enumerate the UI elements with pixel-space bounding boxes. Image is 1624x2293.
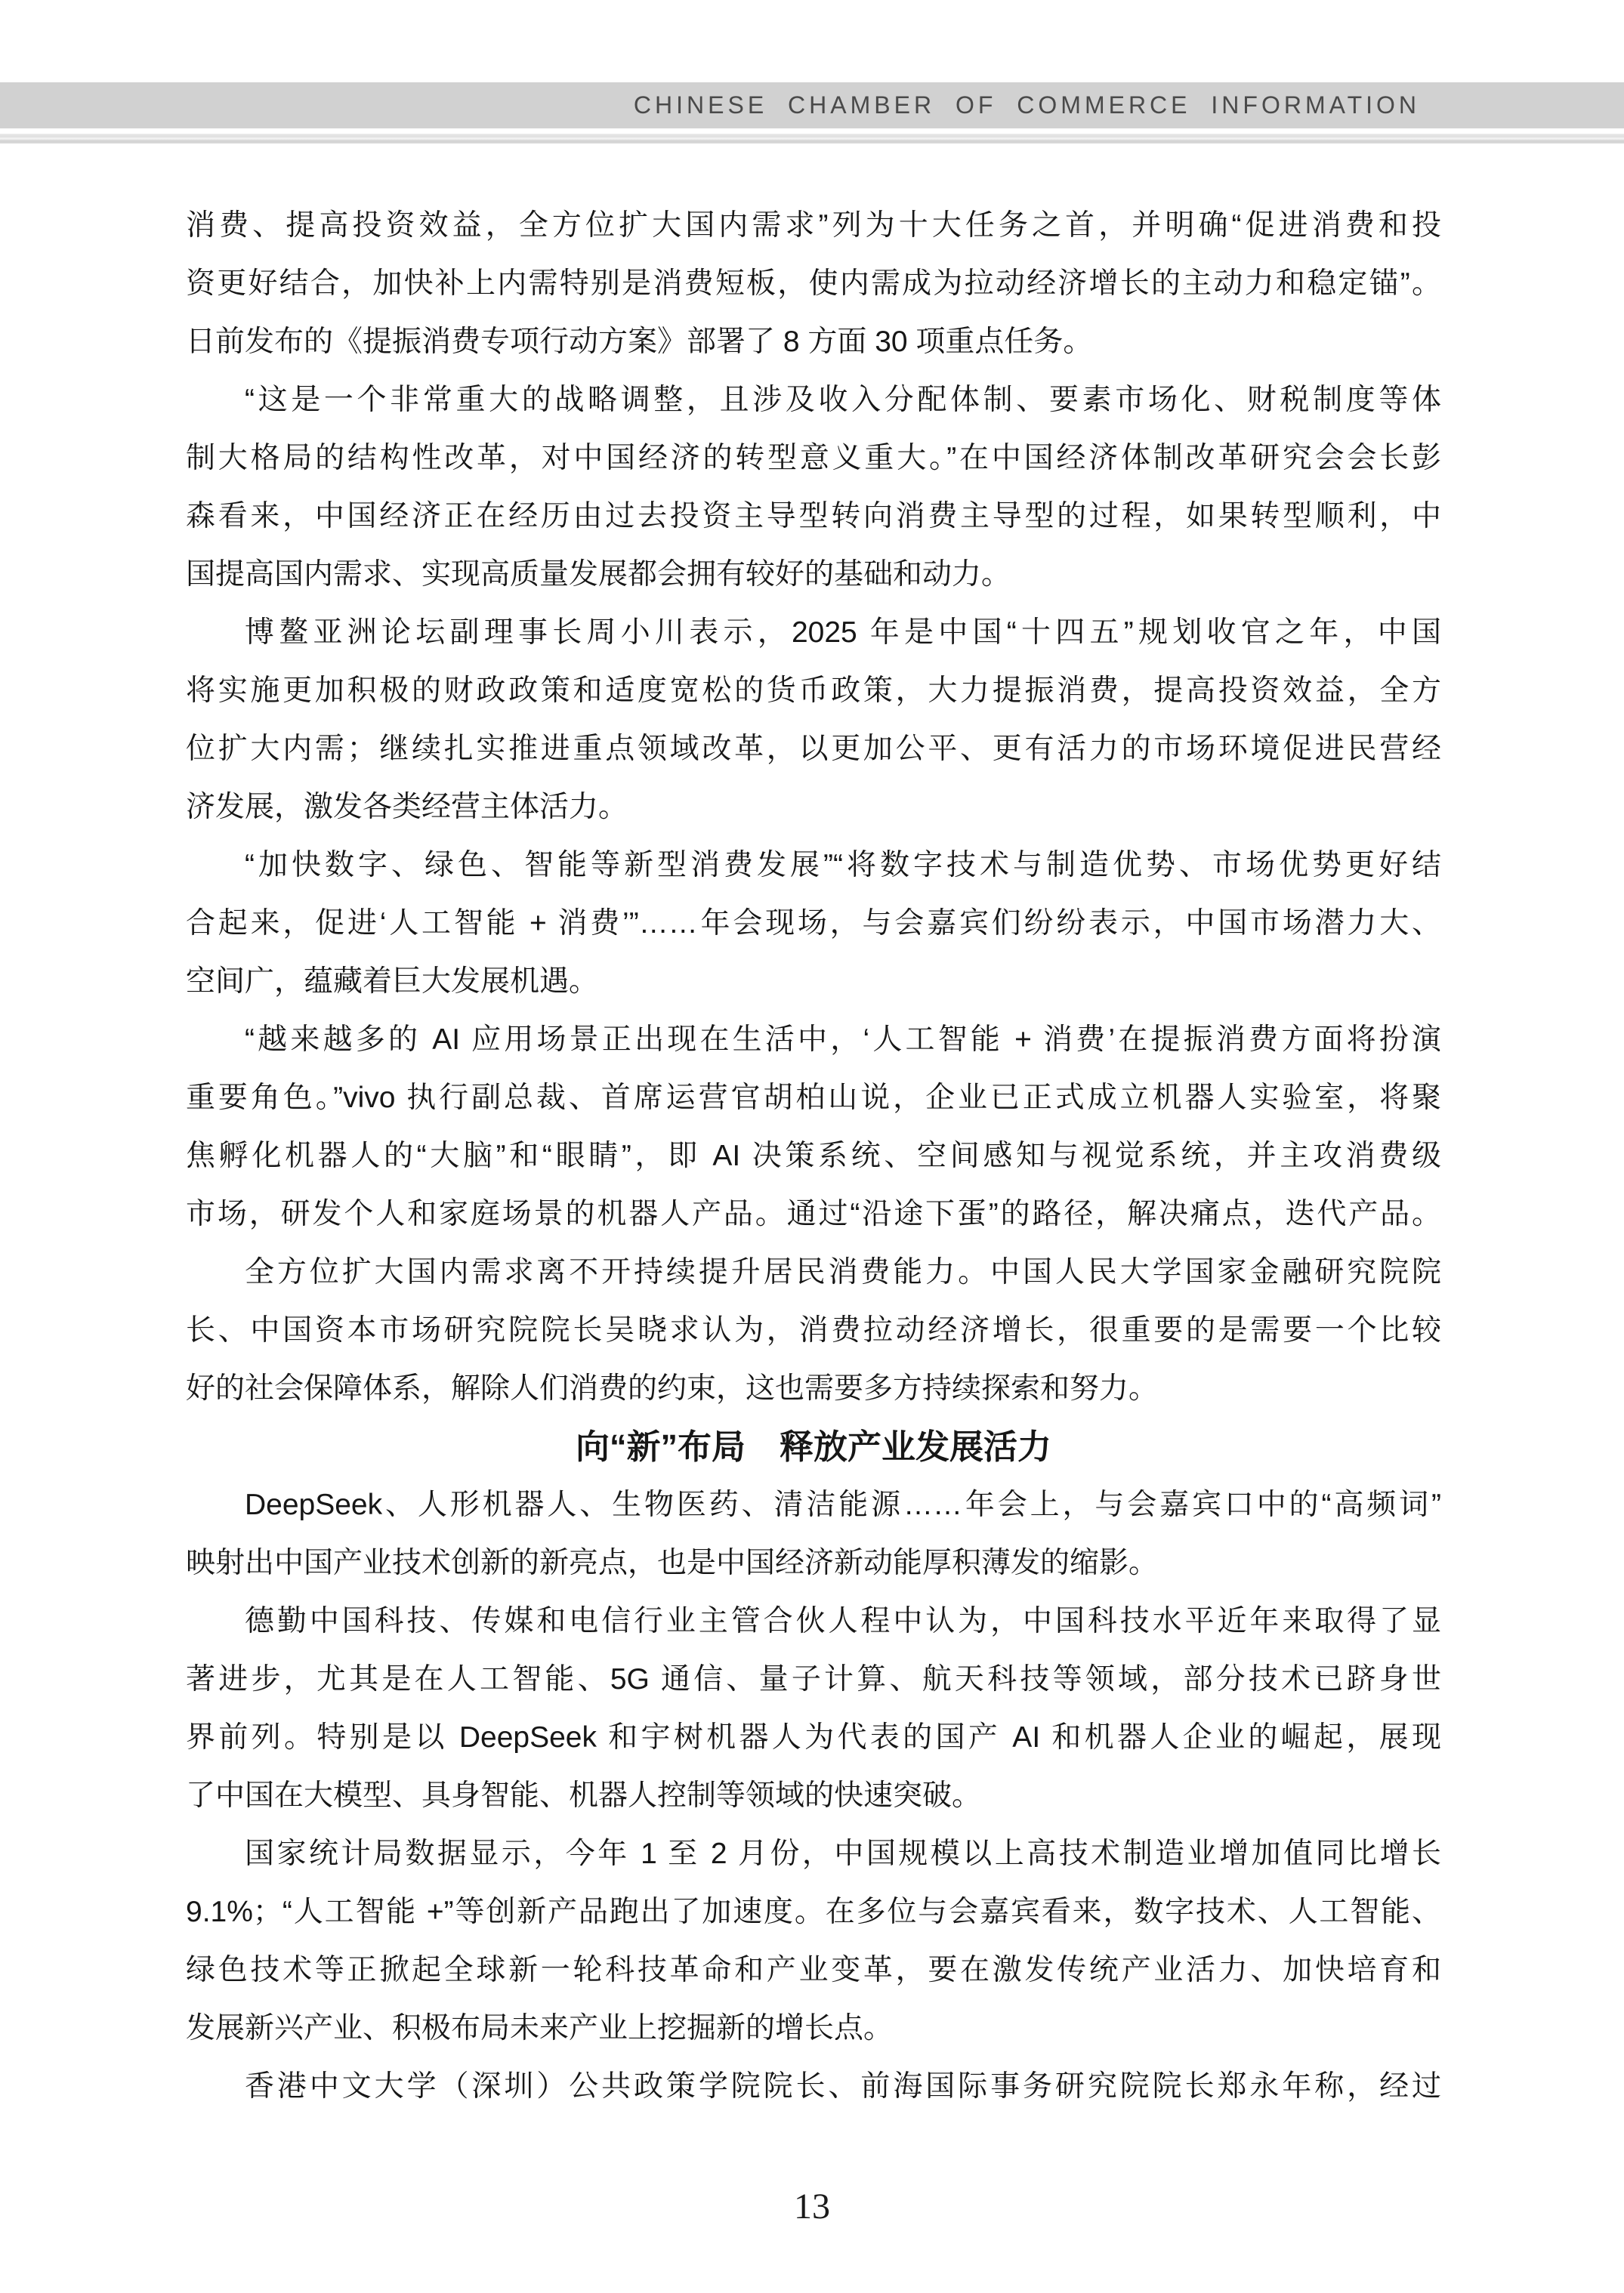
body-text-line: 制大格局的结构性改革，对中国经济的转型意义重大。”在中国经济体制改革研究会会长彭 — [186, 429, 1441, 487]
body-text-line: 焦孵化机器人的“大脑”和“眼睛”，即 AI 决策系统、空间感知与视觉系统，并主攻… — [186, 1127, 1441, 1185]
body-text-line: 映射出中国产业技术创新的新亮点，也是中国经济新动能厚积薄发的缩影。 — [186, 1534, 1441, 1592]
body-text-line: 著进步，尤其是在人工智能、5G 通信、量子计算、航天科技等领域，部分技术已跻身世 — [186, 1650, 1441, 1708]
body-text-line: 森看来，中国经济正在经历由过去投资主导型转向消费主导型的过程，如果转型顺利，中 — [186, 487, 1441, 545]
body-text-line: 全方位扩大国内需求离不开持续提升居民消费能力。中国人民大学国家金融研究院院 — [186, 1243, 1441, 1301]
body-text-line: 重要角色。”vivo 执行副总裁、首席运营官胡柏山说，企业已正式成立机器人实验室… — [186, 1069, 1441, 1127]
page-number: 13 — [0, 2186, 1624, 2227]
document-page: { "header": { "banner": "CHINESE CHAMBER… — [0, 0, 1624, 2293]
body-text-line: 了中国在大模型、具身智能、机器人控制等领域的快速突破。 — [186, 1767, 1441, 1825]
body-text-line: “这是一个非常重大的战略调整，且涉及收入分配体制、要素市场化、财税制度等体 — [186, 371, 1441, 429]
header-banner-text: CHINESE CHAMBER OF COMMERCE INFORMATION — [634, 91, 1420, 119]
body-text-line: 香港中文大学（深圳）公共政策学院院长、前海国际事务研究院院长郑永年称，经过 — [186, 2057, 1441, 2116]
body-text-line: 国提高国内需求、实现高质量发展都会拥有较好的基础和动力。 — [186, 545, 1441, 603]
body-text-line: 9.1%；“人工智能 +”等创新产品跑出了加速度。在多位与会嘉宾看来，数字技术、… — [186, 1883, 1441, 1941]
body-text-line: 国家统计局数据显示，今年 1 至 2 月份，中国规模以上高技术制造业增加值同比增… — [186, 1825, 1441, 1883]
body-text-line: 将实施更加积极的财政政策和适度宽松的货币政策，大力提振消费，提高投资效益，全方 — [186, 662, 1441, 720]
body-text-line: “越来越多的 AI 应用场景正出现在生活中，‘人工智能 + 消费’在提振消费方面… — [186, 1011, 1441, 1069]
body-text-line: 市场，研发个人和家庭场景的机器人产品。通过“沿途下蛋”的路径，解决痛点，迭代产品… — [186, 1185, 1441, 1243]
body-text-line: 界前列。特别是以 DeepSeek 和宇树机器人为代表的国产 AI 和机器人企业… — [186, 1708, 1441, 1767]
body-text-line: “加快数字、绿色、智能等新型消费发展”“将数字技术与制造优势、市场优势更好结 — [186, 836, 1441, 894]
body-text-line: 合起来，促进‘人工智能 + 消费’”……年会现场，与会嘉宾们纷纷表示，中国市场潜… — [186, 894, 1441, 952]
header-divider-bar — [0, 134, 1624, 144]
body-text-line: 好的社会保障体系，解除人们消费的约束，这也需要多方持续探索和努力。 — [186, 1359, 1441, 1418]
body-text-line: 博鳌亚洲论坛副理事长周小川表示，2025 年是中国“十四五”规划收官之年，中国 — [186, 603, 1441, 662]
header-banner: CHINESE CHAMBER OF COMMERCE INFORMATION — [0, 82, 1624, 128]
article-body: 消费、提高投资效益，全方位扩大国内需求”列为十大任务之首，并明确“促进消费和投资… — [186, 196, 1441, 2116]
body-text-line: 绿色技术等正掀起全球新一轮科技革命和产业变革，要在激发传统产业活力、加快培育和 — [186, 1941, 1441, 1999]
body-text-line: DeepSeek、人形机器人、生物医药、清洁能源……年会上，与会嘉宾口中的“高频… — [186, 1476, 1441, 1534]
body-text-line: 消费、提高投资效益，全方位扩大国内需求”列为十大任务之首，并明确“促进消费和投 — [186, 196, 1441, 255]
body-text-line: 日前发布的《提振消费专项行动方案》部署了 8 方面 30 项重点任务。 — [186, 313, 1441, 371]
section-heading: 向“新”布局 释放产业发展活力 — [186, 1418, 1441, 1476]
body-text-line: 空间广，蕴藏着巨大发展机遇。 — [186, 952, 1441, 1011]
body-text-line: 发展新兴产业、积极布局未来产业上挖掘新的增长点。 — [186, 1999, 1441, 2057]
body-text-line: 位扩大内需；继续扎实推进重点领域改革，以更加公平、更有活力的市场环境促进民营经 — [186, 720, 1441, 778]
body-text-line: 资更好结合，加快补上内需特别是消费短板，使内需成为拉动经济增长的主动力和稳定锚”… — [186, 255, 1441, 313]
body-text-line: 济发展，激发各类经营主体活力。 — [186, 778, 1441, 836]
body-text-line: 长、中国资本市场研究院院长吴晓求认为，消费拉动经济增长，很重要的是需要一个比较 — [186, 1301, 1441, 1359]
body-text-line: 德勤中国科技、传媒和电信行业主管合伙人程中认为，中国科技水平近年来取得了显 — [186, 1592, 1441, 1650]
